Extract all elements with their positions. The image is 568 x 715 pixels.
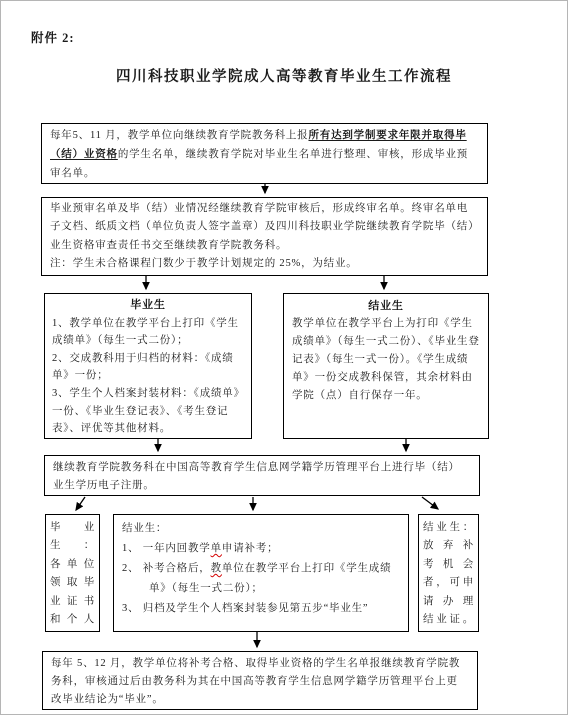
- arrow-registration-to-certificate: [422, 497, 438, 509]
- makeup-item-1-spellcheck-mark: 单: [211, 543, 222, 554]
- graduates-item-3: 3、学生个人档案封装材料：《成绩单》一份、《毕业生登记表》、《考生登记表》、评优…: [52, 385, 244, 438]
- registration-box: 继续教育学院教务科在中国高等教育学生信息网学籍学历管理平台上进行毕（结）业生学历…: [44, 455, 480, 496]
- step1-box: 每年5、11 月，教学单位向继续教育学院教务科上报所有达到学制要求年限并取得毕（…: [41, 123, 488, 184]
- makeup-item-2: 2、 补考合格后，教单位在教学平台上打印《学生成绩单》（每生一式二份）；: [122, 559, 400, 599]
- step1-text-pre: 每年5、11 月，教学单位向继续教育学院教务科上报: [50, 130, 308, 141]
- makeup-item-3-pre: 3、 归档及学生个人档案封装参见第五步“毕业生”: [122, 603, 368, 614]
- attachment-label: 附件 2:: [31, 28, 75, 46]
- graduates-item-1: 1、教学单位在教学平台上打印《学生成绩单》（每生一式二份）；: [52, 315, 244, 350]
- makeup-item-3: 3、 归档及学生个人档案封装参见第五步“毕业生”: [122, 599, 400, 619]
- arrow-registration-to-pickup: [76, 497, 85, 510]
- makeup-item-2-spellcheck-mark: 教: [211, 563, 222, 574]
- registration-body: 继续教育学院教务科在中国高等教育学生信息网学籍学历管理平台上进行毕（结）业生学历…: [53, 462, 460, 491]
- completion-box: 结业生 教学单位在教学平台上为打印《学生成绩单》（每生一式二份）、《毕业生登记表…: [283, 293, 489, 439]
- final-box: 每年 5、12 月，教学单位将补考合格、取得毕业资格的学生名单报继续教育学院教务…: [42, 651, 478, 710]
- page-title: 四川科技职业学院成人高等教育毕业生工作流程: [1, 65, 567, 86]
- makeup-item-1-pre: 1、 一年内回教学: [122, 543, 211, 554]
- step2-note: 注：学生未合格课程门数少于教学计划规定的 25%，为结业。: [50, 255, 479, 273]
- graduates-item-2: 2、交成教科用于归档的材料：《成绩单》一份；: [52, 350, 244, 385]
- makeup-item-1: 1、 一年内回教学单申请补考；: [122, 539, 400, 559]
- completion-box-title: 结业生: [292, 297, 480, 315]
- step2-box: 毕业预审名单及毕（结）业情况经继续教育学院审核后，形成终审名单。终审名单电子文档…: [41, 197, 488, 276]
- graduates-box: 毕业生 1、教学单位在教学平台上打印《学生成绩单》（每生一式二份）； 2、交成教…: [44, 293, 252, 439]
- final-body: 每年 5、12 月，教学单位将补考合格、取得毕业资格的学生名单报继续教育学院教务…: [51, 658, 460, 705]
- makeup-item-2-pre: 2、 补考合格后，: [122, 563, 211, 574]
- makeup-box: 结业生： 1、 一年内回教学单申请补考； 2、 补考合格后，教单位在教学平台上打…: [113, 514, 409, 632]
- completion-body: 教学单位在教学平台上为打印《学生成绩单》（每生一式二份）、《毕业生登记表》（每生…: [292, 315, 480, 405]
- makeup-item-1-post: 申请补考；: [222, 543, 279, 554]
- certificate-box: 结业生： 放弃补 考机会 者，可申 请办理 结业证。: [418, 514, 479, 632]
- pickup-box: 毕业生： 各单位 领取毕 业证书 和个人 档案。: [45, 514, 100, 632]
- step2-body: 毕业预审名单及毕（结）业情况经继续教育学院审核后，形成终审名单。终审名单电子文档…: [50, 200, 479, 255]
- document-page: 附件 2: 四川科技职业学院成人高等教育毕业生工作流程 每年5、11 月，教学单…: [0, 0, 568, 715]
- graduates-box-title: 毕业生: [52, 297, 244, 315]
- makeup-box-title: 结业生：: [122, 519, 400, 539]
